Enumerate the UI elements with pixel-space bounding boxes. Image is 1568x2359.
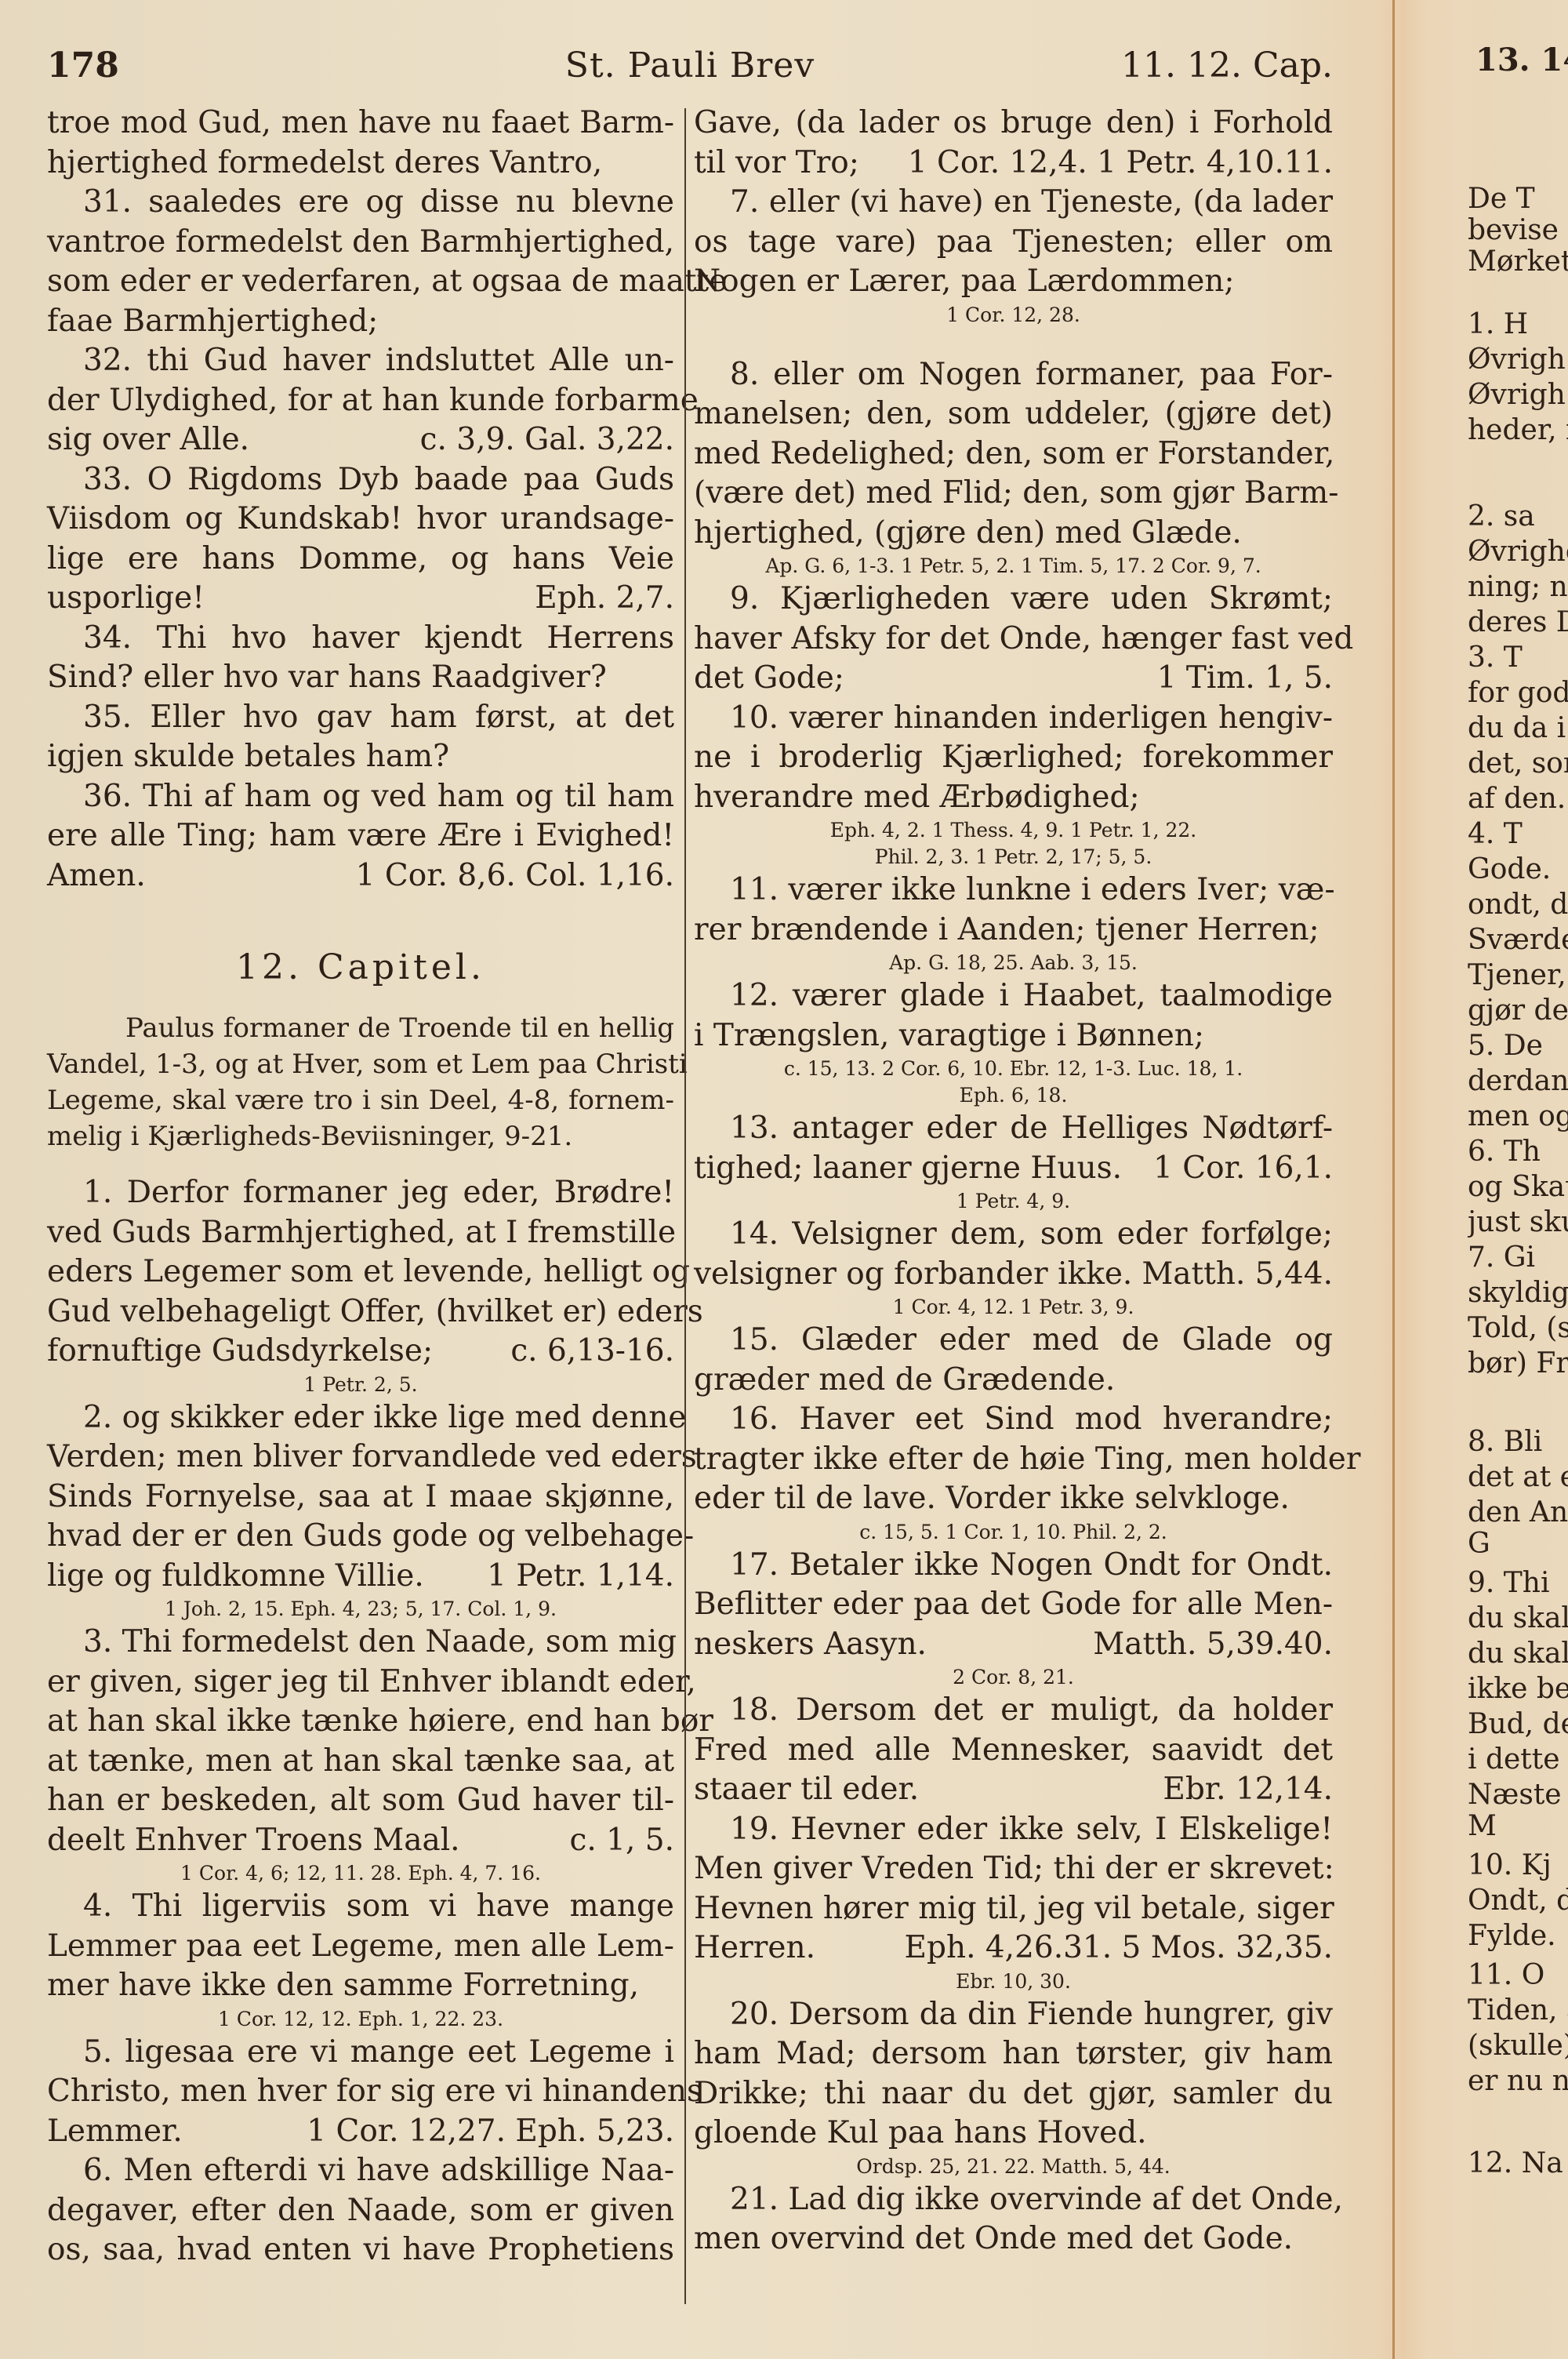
spacer bbox=[694, 329, 1333, 355]
next-page-line: ning; n bbox=[1468, 572, 1568, 602]
verse-start-line: 4. Thi ligerviis som vi have mange bbox=[47, 1887, 674, 1927]
chapter-12-verses-1-6: 1. Derfor formaner jeg eder, Brødre!ved … bbox=[47, 1173, 674, 2270]
left-column: troe mod Gud, men have nu faaet Barm-hje… bbox=[47, 104, 674, 2270]
verse-line: ere alle Ting; ham være Ære i Evighed! bbox=[47, 816, 674, 856]
verse-line: Verden; men bliver forvandlede ved eders bbox=[47, 1438, 674, 1478]
next-page-line: 7. Gi bbox=[1468, 1243, 1535, 1273]
next-page-line: Tjener, e bbox=[1468, 961, 1568, 990]
cross-reference: Eph. 6, 18. bbox=[694, 1082, 1333, 1109]
verse-text: velsigner og forbander ikke. bbox=[694, 1255, 1132, 1295]
verse-text: Amen. bbox=[47, 856, 146, 896]
verse-start-line: 6. Men efterdi vi have adskillige Naa- bbox=[47, 2151, 674, 2191]
verse-text: fornuftige Gudsdyrkelse; bbox=[47, 1332, 433, 1372]
verse-line: Drikke; thi naar du det gjør, samler du bbox=[694, 2074, 1333, 2114]
verse-start-line: 36. Thi af ham og ved ham og til ham bbox=[47, 777, 674, 817]
verse-start-line: 11. værer ikke lunkne i eders Iver; væ- bbox=[694, 871, 1333, 911]
verse-line-with-reference: sig over Alle.c. 3,9. Gal. 3,22. bbox=[47, 420, 674, 460]
verse-line: er given, siger jeg til Enhver iblandt e… bbox=[47, 1663, 674, 1703]
verse-line: hjertighed formedelst deres Vantro, bbox=[47, 144, 674, 184]
verse-line: med Redelighed; den, som er Forstander, bbox=[694, 434, 1333, 474]
next-page-line: G bbox=[1468, 1529, 1490, 1559]
next-page-line: 3. T bbox=[1468, 643, 1523, 673]
next-page-line: Næste som bbox=[1468, 1780, 1568, 1810]
next-page-line: Øvrighe bbox=[1468, 537, 1568, 567]
verse-line: os tage vare) paa Tjenesten; eller om bbox=[694, 223, 1333, 263]
verse-start-line: 34. Thi hvo haver kjendt Herrens bbox=[47, 619, 674, 659]
next-page-line: Fylde. bbox=[1468, 1921, 1556, 1951]
verse-line: som eder er vederfaren, at ogsaa de maat… bbox=[47, 262, 674, 302]
verse-line: manelsen; den, som uddeler, (gjøre det) bbox=[694, 394, 1333, 434]
verse-start-line: 14. Velsigner dem, som eder forfølge; bbox=[694, 1215, 1333, 1255]
verse-line: Nogen er Lærer, paa Lærdommen; bbox=[694, 262, 1333, 302]
verse-line: Hevnen hører mig til, jeg vil betale, si… bbox=[694, 1889, 1333, 1929]
book-gutter bbox=[1392, 0, 1395, 2359]
next-page-line: bevise K bbox=[1468, 216, 1568, 245]
verse-line: i Trængslen, varagtige i Bønnen; bbox=[694, 1016, 1333, 1056]
chapter-11-ending: troe mod Gud, men have nu faaet Barm-hje… bbox=[47, 104, 674, 896]
verse-line-with-reference: tighed; laaner gjerne Huus.1 Cor. 16,1. bbox=[694, 1149, 1333, 1189]
verse-line: Beflitter eder paa det Gode for alle Men… bbox=[694, 1585, 1333, 1625]
verse-line-with-reference: deelt Enhver Troens Maal.c. 1, 5. bbox=[47, 1821, 674, 1861]
verse-line: Lemmer paa eet Legeme, men alle Lem- bbox=[47, 1927, 674, 1967]
next-page-line: Gode. bbox=[1468, 855, 1551, 885]
next-page-line: 4. T bbox=[1468, 820, 1523, 849]
verse-line: lige ere hans Domme, og hans Veie bbox=[47, 540, 674, 580]
verse-start-line: 10. værer hinanden inderligen hengiv- bbox=[694, 699, 1333, 739]
verse-line: mer have ikke den samme Forretning, bbox=[47, 1966, 674, 2006]
verse-line-with-reference: velsigner og forbander ikke.Matth. 5,44. bbox=[694, 1255, 1333, 1295]
verse-line: Sinds Fornyelse, saa at I maae skjønne, bbox=[47, 1478, 674, 1518]
verse-text: det Gode; bbox=[694, 659, 844, 699]
verse-text: usporlige! bbox=[47, 579, 205, 619]
next-page-line: ondt, d bbox=[1468, 890, 1568, 920]
cross-reference: 1 Cor. 12,27. Eph. 5,23. bbox=[307, 2112, 674, 2152]
next-page-line: Mørkets bbox=[1468, 247, 1568, 277]
cross-reference: Phil. 2, 3. 1 Petr. 2, 17; 5, 5. bbox=[694, 844, 1333, 871]
verse-line: degaver, efter den Naade, som er given bbox=[47, 2191, 674, 2231]
verse-line-with-reference: lige og fuldkomne Villie.1 Petr. 1,14. bbox=[47, 1557, 674, 1597]
verse-line: hvad der er den Guds gode og velbehage- bbox=[47, 1517, 674, 1557]
cross-reference: 1 Cor. 8,6. Col. 1,16. bbox=[356, 856, 674, 896]
next-page-line: 1. H bbox=[1468, 310, 1528, 340]
verse-line: melig i Kjærligheds-Beviisninger, 9-21. bbox=[47, 1118, 674, 1154]
verse-start-line: 3. Thi formedelst den Naade, som mig bbox=[47, 1623, 674, 1663]
next-page-line: Ondt, de bbox=[1468, 1886, 1568, 1916]
cross-reference: Eph. 4,26.31. 5 Mos. 32,35. bbox=[905, 1928, 1333, 1968]
verse-text: staaer til eder. bbox=[694, 1770, 919, 1810]
cross-reference: Ebr. 12,14. bbox=[1163, 1770, 1333, 1810]
column-divider bbox=[684, 108, 686, 2304]
verse-line: hverandre med Ærbødighed; bbox=[694, 778, 1333, 818]
verse-start-line: 21. Lad dig ikke overvinde af det Onde, bbox=[694, 2180, 1333, 2220]
verse-text: deelt Enhver Troens Maal. bbox=[47, 1821, 460, 1861]
verse-line: os, saa, hvad enten vi have Prophetiens bbox=[47, 2230, 674, 2270]
running-header: 178 St. Pauli Brev 11. 12. Cap. bbox=[47, 45, 1333, 93]
cross-reference: Ap. G. 18, 25. Aab. 3, 15. bbox=[694, 950, 1333, 976]
verse-line: vantroe formedelst den Barmhjertighed, bbox=[47, 223, 674, 263]
cross-reference: 1 Tim. 1, 5. bbox=[1157, 659, 1333, 699]
verse-start-line: 31. saaledes ere og disse nu blevne bbox=[47, 183, 674, 223]
next-page-line: just skull bbox=[1468, 1208, 1568, 1238]
verse-start-line: 20. Dersom da din Fiende hungrer, giv bbox=[694, 1995, 1333, 2035]
next-page-line: og Skat bbox=[1468, 1172, 1568, 1202]
verse-line: Christo, men hver for sig ere vi hinande… bbox=[47, 2072, 674, 2112]
verse-start-line: 16. Haver eet Sind mod hverandre; bbox=[694, 1400, 1333, 1440]
cross-reference: 1 Petr. 4, 9. bbox=[694, 1188, 1333, 1215]
verse-line: græder med de Grædende. bbox=[694, 1361, 1333, 1401]
verse-line-with-reference: til vor Tro;1 Cor. 12,4. 1 Petr. 4,10.11… bbox=[694, 144, 1333, 184]
chapter-12-title: 12. Capitel. bbox=[47, 944, 674, 991]
next-page-line: Bud, det bbox=[1468, 1710, 1568, 1739]
verse-text: lige og fuldkomne Villie. bbox=[47, 1557, 424, 1597]
chapter-12-summary: Paulus formaner de Troende til en hellig… bbox=[47, 1010, 674, 1154]
verse-line: haver Afsky for det Onde, hænger fast ve… bbox=[694, 620, 1333, 660]
verse-start-line: 5. ligesaa ere vi mange eet Legeme i bbox=[47, 2033, 674, 2073]
cross-reference: 1 Cor. 4, 6; 12, 11. 28. Eph. 4, 7. 16. bbox=[47, 1860, 674, 1887]
verse-line: ved Guds Barmhjertighed, at I fremstille bbox=[47, 1213, 674, 1253]
next-page-line: du skal ik bbox=[1468, 1604, 1568, 1634]
verse-start-line: 8. eller om Nogen formaner, paa For- bbox=[694, 355, 1333, 395]
cross-reference: 1 Joh. 2, 15. Eph. 4, 23; 5, 17. Col. 1,… bbox=[47, 1596, 674, 1623]
next-page-line: er nu nær bbox=[1468, 2066, 1568, 2096]
verse-line: Gud velbehageligt Offer, (hvilket er) ed… bbox=[47, 1292, 674, 1332]
verse-line: Vandel, 1-3, og at Hver, som et Lem paa … bbox=[47, 1046, 674, 1082]
verse-line: igjen skulde betales ham? bbox=[47, 737, 674, 777]
next-page-line: 8. Bli bbox=[1468, 1427, 1542, 1457]
verse-line: tragter ikke efter de høie Ting, men hol… bbox=[694, 1440, 1333, 1480]
next-page-line: du skal ik bbox=[1468, 1639, 1568, 1669]
next-page-line: De T bbox=[1468, 184, 1535, 214]
verse-start-line: 15. Glæder eder med de Glade og bbox=[694, 1321, 1333, 1361]
verse-line: troe mod Gud, men have nu faaet Barm- bbox=[47, 104, 674, 144]
next-page-line: derdanig bbox=[1468, 1067, 1568, 1096]
cross-reference: 1 Cor. 12,4. 1 Petr. 4,10.11. bbox=[908, 144, 1333, 184]
next-page-line: Tiden, at bbox=[1468, 1996, 1568, 2026]
verse-line-with-reference: Herren.Eph. 4,26.31. 5 Mos. 32,35. bbox=[694, 1928, 1333, 1968]
verse-line: Legeme, skal være tro i sin Deel, 4-8, f… bbox=[47, 1082, 674, 1118]
cross-reference: Matth. 5,44. bbox=[1142, 1255, 1333, 1295]
verse-line: gloende Kul paa hans Hoved. bbox=[694, 2114, 1333, 2154]
verse-line: ham Mad; dersom han tørster, giv ham bbox=[694, 2034, 1333, 2074]
verse-text: sig over Alle. bbox=[47, 420, 249, 460]
verse-line-with-reference: Amen.1 Cor. 8,6. Col. 1,16. bbox=[47, 856, 674, 896]
verse-line: at han skal ikke tænke høiere, end han b… bbox=[47, 1702, 674, 1742]
cross-reference: c. 15, 13. 2 Cor. 6, 10. Ebr. 12, 1-3. L… bbox=[694, 1056, 1333, 1082]
cross-reference: 1 Cor. 16,1. bbox=[1153, 1149, 1333, 1189]
next-page-line: M bbox=[1468, 1812, 1497, 1841]
next-page-line: skyldige, bbox=[1468, 1278, 1568, 1308]
cross-reference: 1 Cor. 12, 28. bbox=[694, 302, 1333, 329]
verse-text: tighed; laaner gjerne Huus. bbox=[694, 1149, 1122, 1189]
cross-reference: 1 Petr. 2, 5. bbox=[47, 1372, 674, 1398]
verse-start-line: 7. eller (vi have) en Tjeneste, (da lade… bbox=[694, 183, 1333, 223]
next-page-line: 6. Th bbox=[1468, 1137, 1541, 1167]
verse-line: rer brændende i Aanden; tjener Herren; bbox=[694, 911, 1333, 951]
next-page-line: af den. bbox=[1468, 784, 1566, 814]
next-page-line: i dette O bbox=[1468, 1745, 1568, 1775]
next-page-line: Øvrigh bbox=[1468, 345, 1566, 375]
next-page-line: Sværdet bbox=[1468, 925, 1568, 955]
verse-start-line: 32. thi Gud haver indsluttet Alle un- bbox=[47, 341, 674, 381]
cross-reference: 1 Cor. 4, 12. 1 Petr. 3, 9. bbox=[694, 1294, 1333, 1321]
next-page-line: du da i bbox=[1468, 714, 1566, 743]
next-page-line: den And bbox=[1468, 1498, 1568, 1528]
next-page-line: 10. Kj bbox=[1468, 1851, 1552, 1881]
verse-line: eders Legemer som et levende, helligt og bbox=[47, 1252, 674, 1292]
verse-line: at tænke, men at han skal tænke saa, at bbox=[47, 1742, 674, 1782]
next-page-line: 11. O bbox=[1468, 1961, 1544, 1990]
cross-reference: 1 Petr. 1,14. bbox=[487, 1557, 674, 1597]
verse-line: (være det) med Flid; den, som gjør Barm- bbox=[694, 474, 1333, 514]
next-page-line: det at els bbox=[1468, 1463, 1568, 1492]
verse-start-line: 17. Betaler ikke Nogen Ondt for Ondt. bbox=[694, 1546, 1333, 1586]
verse-line: faae Barmhjertighed; bbox=[47, 302, 674, 342]
next-page-line: det, som bbox=[1468, 749, 1568, 779]
next-page-line: Øvrigh bbox=[1468, 380, 1566, 410]
next-page-line: 12. Na bbox=[1468, 2149, 1563, 2179]
verse-start-line: 18. Dersom det er muligt, da holder bbox=[694, 1691, 1333, 1731]
next-page-line: 5. De bbox=[1468, 1031, 1543, 1061]
spacer bbox=[47, 1154, 674, 1173]
verse-line: men overvind det Onde med det Gode. bbox=[694, 2219, 1333, 2259]
cross-reference: Eph. 2,7. bbox=[535, 579, 674, 619]
verse-start-line: 9. Kjærligheden være uden Skrømt; bbox=[694, 580, 1333, 620]
cross-reference: Eph. 4, 2. 1 Thess. 4, 9. 1 Petr. 1, 22. bbox=[694, 817, 1333, 844]
cross-reference: Ordsp. 25, 21. 22. Matth. 5, 44. bbox=[694, 2154, 1333, 2180]
verse-start-line: Paulus formaner de Troende til en hellig bbox=[47, 1010, 674, 1046]
book-page-178: 178 St. Pauli Brev 11. 12. Cap. troe mod… bbox=[0, 0, 1396, 2359]
verse-line: hjertighed, (gjøre den) med Glæde. bbox=[694, 514, 1333, 554]
verse-start-line: 13. antager eder de Helliges Nødtørf- bbox=[694, 1109, 1333, 1149]
chapter-range: 11. 12. Cap. bbox=[1121, 45, 1333, 85]
verse-line: der Ulydighed, for at han kunde forbarme bbox=[47, 381, 674, 421]
verse-start-line: 19. Hevner eder ikke selv, I Elskelige! bbox=[694, 1810, 1333, 1850]
cross-reference: Ebr. 10, 30. bbox=[694, 1968, 1333, 1995]
verse-start-line: 2. og skikker eder ikke lige med denne bbox=[47, 1398, 674, 1438]
verse-start-line: 35. Eller hvo gav ham først, at det bbox=[47, 698, 674, 738]
verse-line-with-reference: det Gode;1 Tim. 1, 5. bbox=[694, 659, 1333, 699]
verse-line: Fred med alle Mennesker, saavidt det bbox=[694, 1731, 1333, 1771]
next-page-line: gjør det bbox=[1468, 996, 1568, 1026]
next-page-line: men ogs bbox=[1468, 1102, 1568, 1132]
verse-text: Herren. bbox=[694, 1928, 815, 1968]
cross-reference: Ap. G. 6, 1-3. 1 Petr. 5, 2. 1 Tim. 5, 1… bbox=[694, 553, 1333, 580]
cross-reference: 2 Cor. 8, 21. bbox=[694, 1664, 1333, 1691]
verse-line-with-reference: neskers Aasyn.Matth. 5,39.40. bbox=[694, 1625, 1333, 1665]
verse-line: Sind? eller hvo var hans Raadgiver? bbox=[47, 658, 674, 698]
verse-text: neskers Aasyn. bbox=[694, 1625, 927, 1665]
next-page-line: bør) Fry bbox=[1468, 1349, 1568, 1379]
verse-line-with-reference: fornuftige Gudsdyrkelse;c. 6,13-16. bbox=[47, 1332, 674, 1372]
verse-line: Viisdom og Kundskab! hvor urandsage- bbox=[47, 500, 674, 540]
cross-reference: 1 Cor. 12, 12. Eph. 1, 22. 23. bbox=[47, 2006, 674, 2033]
verse-line: ne i broderlig Kjærlighed; forekommer bbox=[694, 738, 1333, 778]
verse-text: til vor Tro; bbox=[694, 144, 859, 184]
next-page-line: Told, (s bbox=[1468, 1314, 1568, 1343]
right-column: Gave, (da lader os bruge den) i Forholdt… bbox=[694, 104, 1333, 2259]
next-page-line: 2. sa bbox=[1468, 502, 1535, 532]
next-page-line: (skulle) op bbox=[1468, 2031, 1568, 2061]
next-page-line: ikke begj bbox=[1468, 1674, 1568, 1704]
cross-reference: Matth. 5,39.40. bbox=[1093, 1625, 1333, 1665]
next-page-header: 13. 14. bbox=[1475, 45, 1568, 75]
verse-text: Lemmer. bbox=[47, 2112, 183, 2152]
next-page-line: for god bbox=[1468, 678, 1568, 708]
verse-start-line: 1. Derfor formaner jeg eder, Brødre! bbox=[47, 1173, 674, 1213]
verse-line-with-reference: usporlige!Eph. 2,7. bbox=[47, 579, 674, 619]
next-page-line: heder, f bbox=[1468, 416, 1568, 445]
verse-start-line: 12. værer glade i Haabet, taalmodige bbox=[694, 976, 1333, 1016]
next-page-fragment: 13. 14. De Tbevise KMørkets1. HØvrighØvr… bbox=[1468, 0, 1568, 2359]
verse-line: han er beskeden, alt som Gud haver til- bbox=[47, 1781, 674, 1821]
verse-line: eder til de lave. Vorder ikke selvkloge. bbox=[694, 1479, 1333, 1519]
cross-reference: c. 15, 5. 1 Cor. 1, 10. Phil. 2, 2. bbox=[694, 1519, 1333, 1546]
verse-line: Gave, (da lader os bruge den) i Forhold bbox=[694, 104, 1333, 144]
next-page-line: deres D bbox=[1468, 608, 1568, 638]
cross-reference: c. 1, 5. bbox=[570, 1821, 674, 1861]
cross-reference: c. 3,9. Gal. 3,22. bbox=[420, 420, 674, 460]
verse-line-with-reference: staaer til eder.Ebr. 12,14. bbox=[694, 1770, 1333, 1810]
cross-reference: c. 6,13-16. bbox=[510, 1332, 674, 1372]
next-page-line: 9. Thi bbox=[1468, 1568, 1550, 1598]
verse-line-with-reference: Lemmer.1 Cor. 12,27. Eph. 5,23. bbox=[47, 2112, 674, 2152]
verse-line: Men giver Vreden Tid; thi der er skrevet… bbox=[694, 1849, 1333, 1889]
verse-start-line: 33. O Rigdoms Dyb baade paa Guds bbox=[47, 460, 674, 500]
